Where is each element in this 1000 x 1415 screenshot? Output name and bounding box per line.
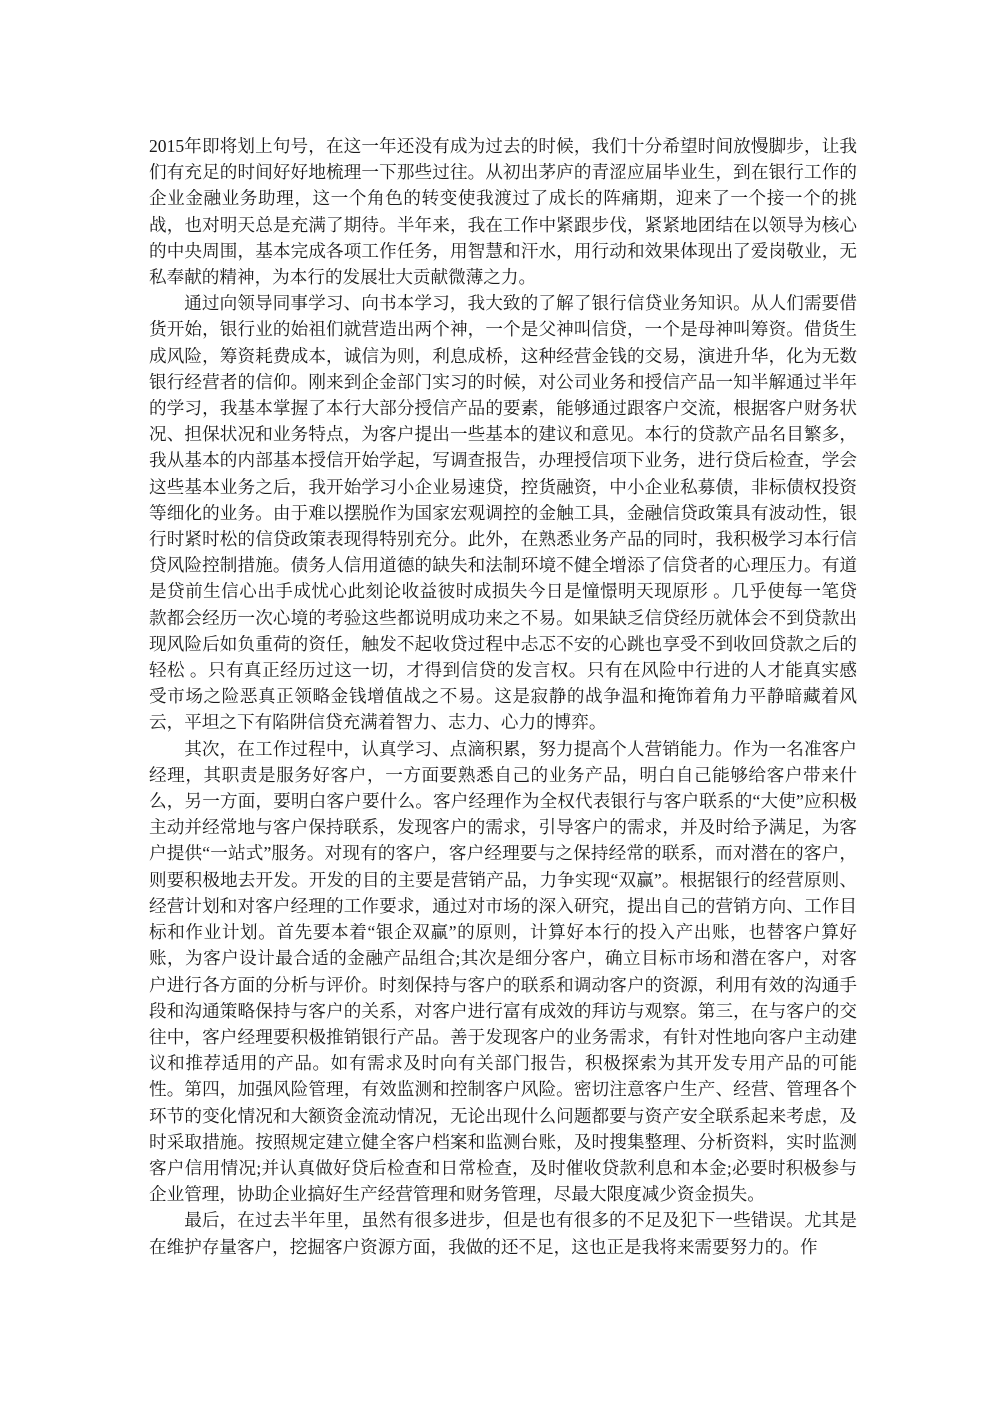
paragraph-credit-knowledge: 通过向领导同事学习、向书本学习，我大致的了解了银行信贷业务知识。从人们需要借货开… (149, 290, 857, 735)
paragraph-intro: 2015年即将划上句号，在这一年还没有成为过去的时候，我们十分希望时间放慢脚步，… (149, 133, 857, 290)
document-page: 2015年即将划上句号，在这一年还没有成为过去的时候，我们十分希望时间放慢脚步，… (0, 0, 1000, 1415)
text-block: 2015年即将划上句号，在这一年还没有成为过去的时候，我们十分希望时间放慢脚步，… (149, 133, 857, 1260)
paragraph-shortcomings: 最后，在过去半年里，虽然有很多进步，但是也有很多的不足及犯下一些错误。尤其是在维… (149, 1207, 857, 1259)
paragraph-marketing-ability: 其次，在工作过程中，认真学习、点滴积累，努力提高个人营销能力。作为一名准客户经理… (149, 736, 857, 1208)
